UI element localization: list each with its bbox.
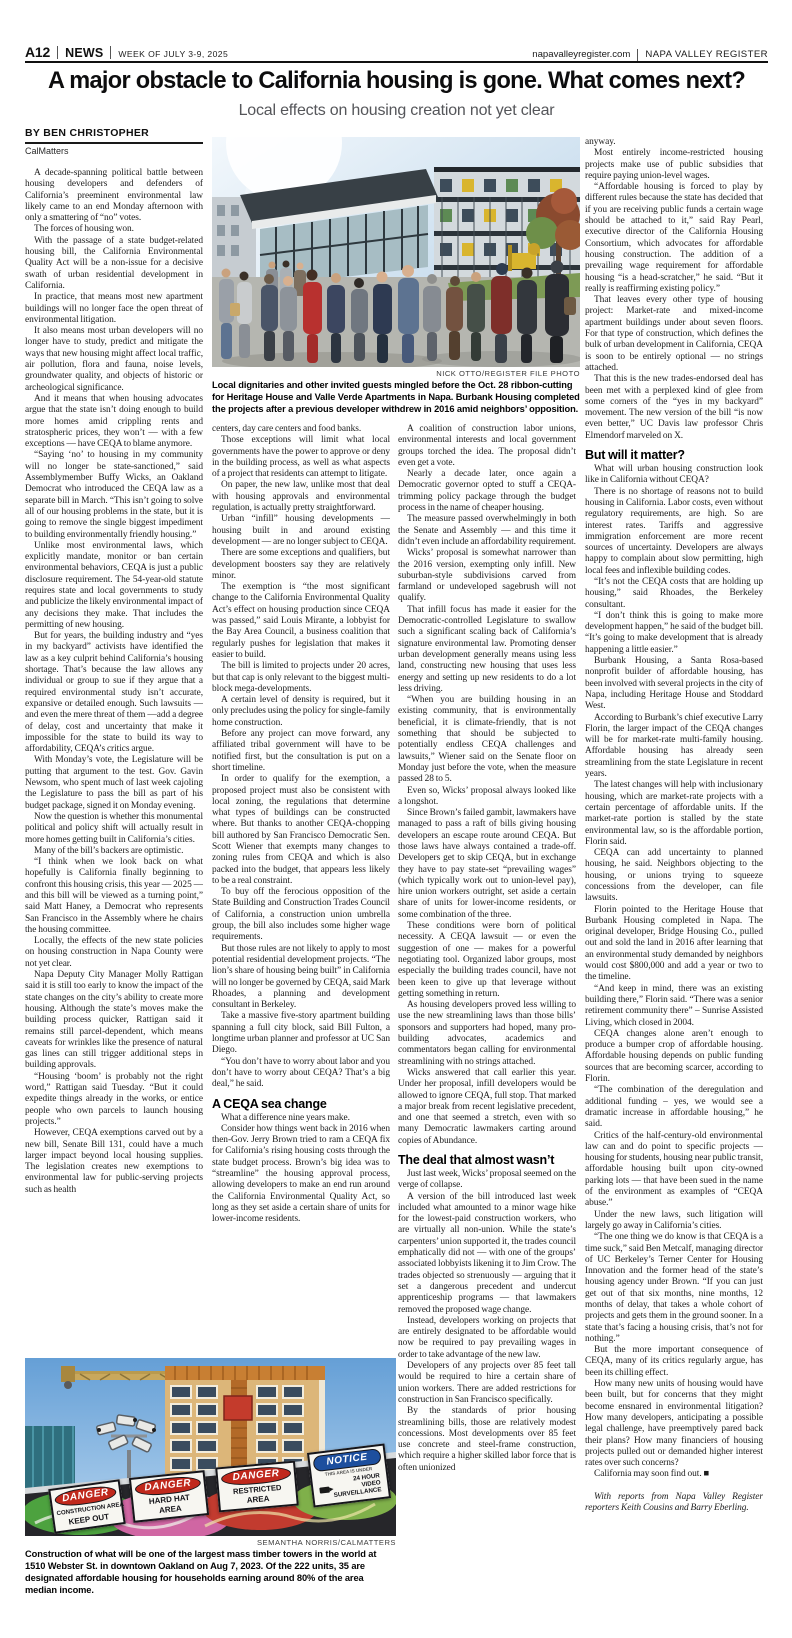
article-paragraph: Consider how things went back in 2016 wh… xyxy=(212,1124,390,1226)
article-paragraph: It also means most urban developers will… xyxy=(25,326,203,394)
article-paragraph: To buy off the ferocious opposition of t… xyxy=(212,887,390,943)
article-paragraph: Wicks answered that call earlier this ye… xyxy=(398,1068,576,1147)
article-paragraph: But the more important consequence of CE… xyxy=(585,1345,763,1379)
danger-sign-restricted-area: DANGER RESTRICTED AREA xyxy=(215,1461,299,1513)
article-paragraph: “Saying ‘no’ to housing in my community … xyxy=(25,450,203,540)
article-paragraph: “Housing ‘boom’ is probably not the righ… xyxy=(25,1072,203,1128)
article-paragraph: There is no shortage of reasons not to b… xyxy=(585,487,763,577)
article-paragraph: What will urban housing construction loo… xyxy=(585,464,763,487)
article-column-4: anyway.Most entirely income-restricted h… xyxy=(585,137,763,1589)
article-paragraph: However, CEQA exemptions carved out by a… xyxy=(25,1128,203,1196)
article-paragraph: Developers of any projects over 85 feet … xyxy=(398,1361,576,1406)
photo-ribbon-cutting: NICK OTTO/REGISTER FILE PHOTO Local dign… xyxy=(212,137,580,416)
article-paragraph: anyway. xyxy=(585,137,763,148)
newspaper-page: A12 NEWS WEEK OF JULY 3-9, 2025 napavall… xyxy=(0,0,792,1638)
notice-sign-lines: 24 HOUR VIDEO SURVEILLANCE xyxy=(332,1472,382,1500)
article-paragraph: A coalition of construction labor unions… xyxy=(398,424,576,469)
article-paragraph: Urban “infill” housing developments — ho… xyxy=(212,514,390,548)
article-paragraph: According to Burbank’s chief executive L… xyxy=(585,713,763,781)
article-paragraph: As housing developers proved less willin… xyxy=(398,1000,576,1068)
article-paragraph: Instead, developers working on projects … xyxy=(398,1316,576,1361)
article-column-3: A coalition of construction labor unions… xyxy=(398,424,576,1566)
article-paragraph: In order to qualify for the exemption, a… xyxy=(212,774,390,887)
section-subhead: The deal that almost wasn’t xyxy=(398,1153,576,1167)
issue-week: WEEK OF JULY 3-9, 2025 xyxy=(118,49,228,59)
masthead: A12 NEWS WEEK OF JULY 3-9, 2025 napavall… xyxy=(25,44,768,62)
article-paragraph: That leaves every other type of housing … xyxy=(585,295,763,374)
article-paragraph: How many new units of housing would have… xyxy=(585,1379,763,1469)
masthead-divider xyxy=(110,46,111,59)
article-paragraph: Wicks’ proposal is somewhat narrower tha… xyxy=(398,548,576,604)
article-paragraph: With Monday’s vote, the Legislature will… xyxy=(25,755,203,811)
article-paragraph: Just last week, Wicks’ proposal seemed o… xyxy=(398,1169,576,1192)
photo-caption: Construction of what will be one of the … xyxy=(25,1549,396,1597)
article-paragraph: The forces of housing won. xyxy=(25,224,203,235)
article-paragraph: A certain level of density is required, … xyxy=(212,695,390,729)
video-camera-icon xyxy=(320,1486,331,1493)
article-paragraph: California may soon find out. ■ xyxy=(585,1469,763,1480)
mass-timber-tower xyxy=(165,1366,325,1474)
article-paragraph: And it means that when housing advocates… xyxy=(25,394,203,450)
article-paragraph: Many of the bill’s backers are optimisti… xyxy=(25,846,203,857)
article-paragraph: But those rules are not likely to apply … xyxy=(212,944,390,1012)
article-paragraph: A decade-spanning political battle betwe… xyxy=(25,168,203,224)
headline: A major obstacle to California housing i… xyxy=(40,66,753,95)
section-name: NEWS xyxy=(65,46,103,60)
article-paragraph: Locally, the effects of the new state po… xyxy=(25,936,203,970)
article-paragraph: Unlike most environmental laws, which ex… xyxy=(25,541,203,631)
article-paragraph: “I don’t think this is going to make mor… xyxy=(585,611,763,656)
masthead-rule xyxy=(25,61,768,63)
article-paragraph: By the standards of prior housing stream… xyxy=(398,1406,576,1474)
photo-caption: Local dignitaries and other invited gues… xyxy=(212,380,580,416)
article-paragraph: “The combination of the deregulation and… xyxy=(585,1085,763,1130)
byline-author: BY BEN CHRISTOPHER xyxy=(25,127,203,139)
notice-sign-surveillance: NOTICE THIS AREA IS UNDER 24 HOUR VIDEO … xyxy=(307,1443,391,1507)
byline-rule xyxy=(25,142,203,144)
masthead-left: A12 NEWS WEEK OF JULY 3-9, 2025 xyxy=(25,44,228,60)
article-paragraph: Before any project can move forward, any… xyxy=(212,729,390,774)
byline-organization: CalMatters xyxy=(25,146,203,156)
article-paragraph: Those exceptions will limit what local g… xyxy=(212,435,390,480)
article-paragraph: “It’s not the CEQA costs that are holdin… xyxy=(585,577,763,611)
article-paragraph: Napa Deputy City Manager Molly Rattigan … xyxy=(25,970,203,1072)
article-paragraph: But for years, the building industry and… xyxy=(25,631,203,755)
photo-credit: SEMANTHA NORRIS/CALMATTERS xyxy=(25,1538,396,1547)
article-paragraph: Burbank Housing, a Santa Rosa-based nonp… xyxy=(585,656,763,712)
article-paragraph: On paper, the new law, unlike most that … xyxy=(212,480,390,514)
masthead-divider xyxy=(57,46,58,59)
subheadline: Local effects on housing creation not ye… xyxy=(25,102,768,120)
page-number: A12 xyxy=(25,44,50,60)
article-paragraph: There are some exceptions and qualifiers… xyxy=(212,548,390,582)
glass-building-left xyxy=(25,1426,75,1488)
danger-sign-hard-hat: DANGER HARD HAT AREA xyxy=(129,1470,209,1523)
article-paragraph: Under the new laws, such litigation will… xyxy=(585,1210,763,1233)
ribbon-cutting-photo-art xyxy=(212,137,580,367)
article-paragraph: Florin pointed to the Heritage House tha… xyxy=(585,905,763,984)
article-paragraph: “The one thing we do know is that CEQA i… xyxy=(585,1232,763,1345)
article-paragraph: Now the question is whether this monumen… xyxy=(25,812,203,846)
section-subhead: But will it matter? xyxy=(585,448,763,462)
article-paragraph: These conditions were born of political … xyxy=(398,921,576,1000)
article-paragraph: Critics of the half-century-old environm… xyxy=(585,1131,763,1210)
article-paragraph: A version of the bill introduced last we… xyxy=(398,1192,576,1316)
byline: BY BEN CHRISTOPHER CalMatters xyxy=(25,127,203,156)
article-paragraph: The measure passed overwhelmingly in bot… xyxy=(398,514,576,548)
article-paragraph: Most entirely income-restricted housing … xyxy=(585,148,763,182)
photo-credit: NICK OTTO/REGISTER FILE PHOTO xyxy=(212,369,580,378)
article-paragraph: With the passage of a state budget-relat… xyxy=(25,236,203,292)
article-paragraph: “Affordable housing is forced to play by… xyxy=(585,182,763,295)
photo-timber-tower: DANGER CONSTRUCTION AREA KEEP OUT DANGER… xyxy=(25,1358,396,1597)
article-paragraph: CEQA changes alone aren’t enough to prod… xyxy=(585,1029,763,1085)
article-paragraph: That this is the new trades-endorsed dea… xyxy=(585,374,763,442)
website-url: napavalleyregister.com xyxy=(532,49,630,60)
article-paragraph: Since Brown’s failed gambit, lawmakers h… xyxy=(398,808,576,921)
timber-tower-photo-art: DANGER CONSTRUCTION AREA KEEP OUT DANGER… xyxy=(25,1358,396,1536)
article-paragraph: centers, day care centers and food banks… xyxy=(212,424,390,435)
paper-name: NAPA VALLEY REGISTER xyxy=(645,49,768,60)
section-subhead: A CEQA sea change xyxy=(212,1097,390,1111)
article-paragraph: With reports from Napa Valley Register r… xyxy=(585,1492,763,1515)
article-paragraph: CEQA can add uncertainty to planned hous… xyxy=(585,848,763,904)
article-paragraph: In practice, that means most new apartme… xyxy=(25,292,203,326)
article-paragraph: “And keep in mind, there was an existing… xyxy=(585,984,763,1029)
article-paragraph: “I think when we look back on what hopef… xyxy=(25,857,203,936)
article-paragraph: Even so, Wicks’ proposal always looked l… xyxy=(398,786,576,809)
article-paragraph: What a difference nine years make. xyxy=(212,1113,390,1124)
article-paragraph: That infill focus has made it easier for… xyxy=(398,605,576,695)
article-paragraph: “You don’t have to worry about labor and… xyxy=(212,1057,390,1091)
article-paragraph: Take a massive five-story apartment buil… xyxy=(212,1011,390,1056)
article-paragraph: Nearly a decade later, once again a Demo… xyxy=(398,469,576,514)
article-column-2: centers, day care centers and food banks… xyxy=(212,424,390,1354)
article-column-1: A decade-spanning political battle betwe… xyxy=(25,168,203,1354)
article-paragraph: “When you are building housing in an exi… xyxy=(398,695,576,785)
article-paragraph: The latest changes will help with inclus… xyxy=(585,780,763,848)
article-paragraph: The bill is limited to projects under 20… xyxy=(212,661,390,695)
article-paragraph: The exemption is “the most significant c… xyxy=(212,582,390,661)
